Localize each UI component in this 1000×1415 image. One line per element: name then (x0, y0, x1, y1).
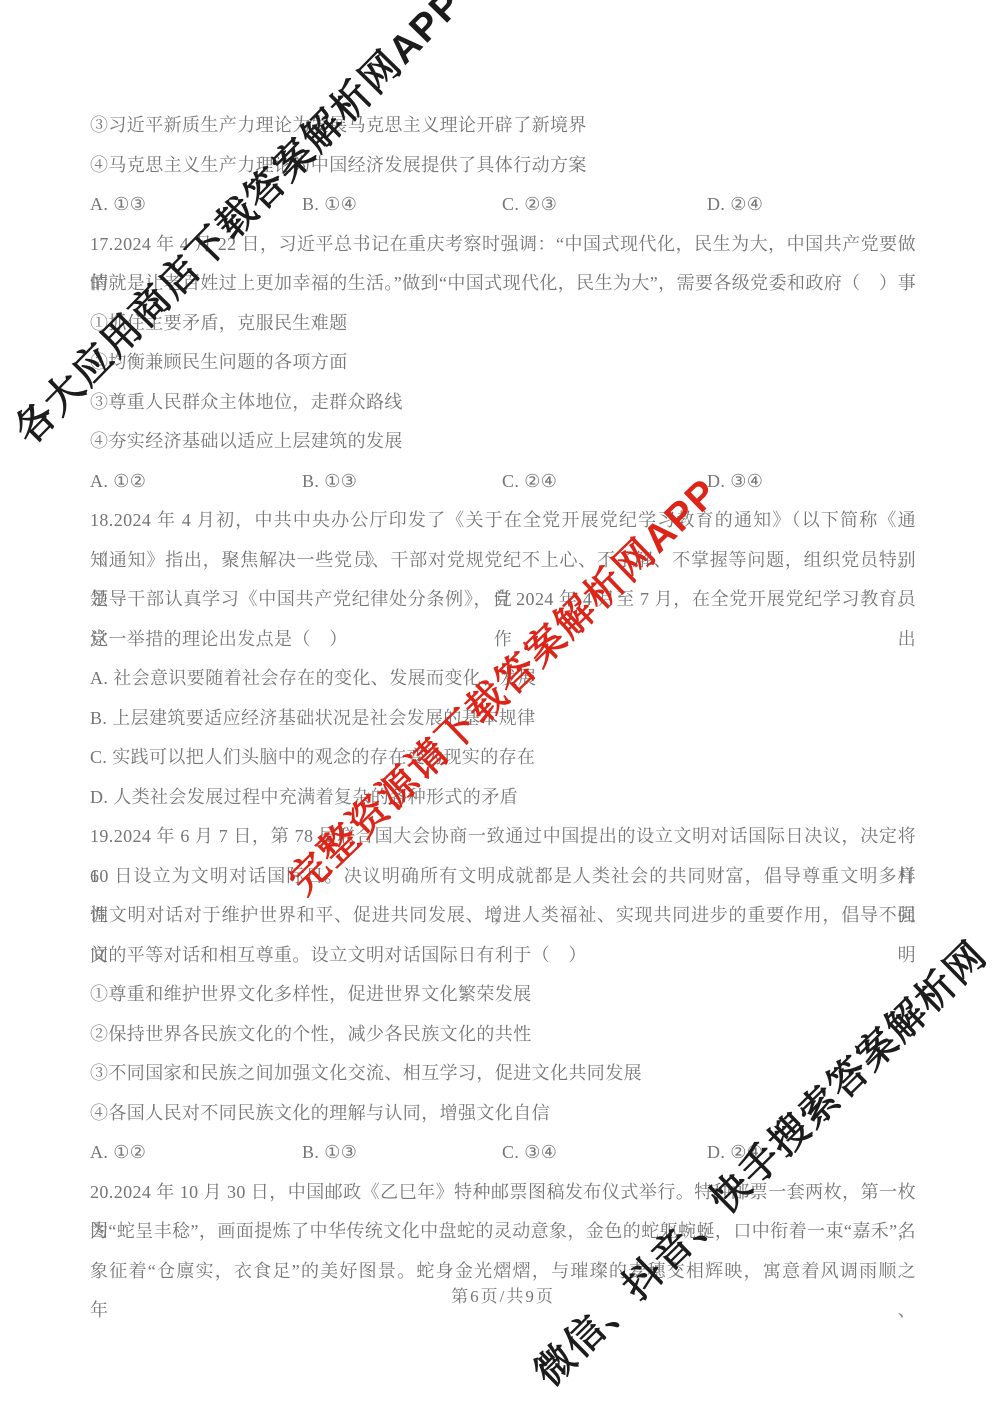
text-line: ④各国人民对不同民族文化的理解与认同，增强文化自信 (90, 1094, 916, 1134)
options-row: A. ①②B. ①③C. ③④D. ②④ (90, 1133, 916, 1173)
option-label: B. ①③ (302, 462, 357, 502)
text-line: 20.2024 年 10 月 30 日，中国邮政《乙巳年》特种邮票图稿发布仪式举… (90, 1173, 916, 1213)
text-line: ④马克思主义生产力理论为中国经济发展提供了具体行动方案 (90, 146, 916, 186)
option-label: C. ②③ (502, 185, 557, 225)
text-line: C. 实践可以把人们头脑中的观念的存在变为现实的存在 (90, 738, 916, 778)
option-label: D. ②④ (707, 1133, 763, 1173)
page-footer: 第6页/共9页 (90, 1282, 916, 1307)
text-line: 调文明对话对于维护世界和平、促进共同发展、增进人类福祉、实现共同进步的重要作用，… (90, 896, 916, 936)
text-line: A. 社会意识要随着社会存在的变化、发展而变化、发展 (90, 659, 916, 699)
option-label: C. ②④ (502, 462, 557, 502)
text-line: 《通知》指出，聚焦解决一些党员、干部对党规党纪不上心、不了解、不掌握等问题，组织… (90, 541, 916, 581)
document-lines: ③习近平新质生产力理论为发展马克思主义理论开辟了新境界④马克思主义生产力理论为中… (90, 106, 916, 1291)
text-line: ③不同国家和民族之间加强文化交流、相互学习，促进文化共同发展 (90, 1054, 916, 1094)
option-label: D. ③④ (707, 462, 763, 502)
option-label: A. ①② (90, 1133, 146, 1173)
option-label: D. ②④ (707, 185, 763, 225)
text-line: 为“蛇呈丰稔”，画面提炼了中华传统文化中盘蛇的灵动意象，金色的蛇躯蜿蜒，口中衔着… (90, 1212, 916, 1252)
text-line: D. 人类社会发展过程中充满着复杂的各种形式的矛盾 (90, 778, 916, 818)
option-label: B. ①③ (302, 1133, 357, 1173)
text-line: ③尊重人民群众主体地位，走群众路线 (90, 383, 916, 423)
text-line: 19.2024 年 6 月 7 日，第 78 届联合国大会协商一致通过中国提出的… (90, 817, 916, 857)
option-label: B. ①④ (302, 185, 357, 225)
text-line: 17.2024 年 4 月 22 日，习近平总书记在重庆考察时强调：“中国式现代… (90, 225, 916, 265)
option-label: C. ③④ (502, 1133, 557, 1173)
text-line: 18.2024 年 4 月初，中共中央办公厅印发了《关于在全党开展党纪学习教育的… (90, 501, 916, 541)
text-line: 10 日设立为文明对话国际日。决议明确所有文明成就都是人类社会的共同财富，倡导尊… (90, 857, 916, 897)
text-line: 情就是让老百姓过上更加幸福的生活。”做到“中国式现代化，民生为大”，需要各级党委… (90, 264, 916, 304)
text-line: B. 上层建筑要适应经济基础状况是社会发展的基本规律 (90, 699, 916, 739)
text-line: 间的平等对话和相互尊重。设立文明对话国际日有利于（ ） (90, 936, 916, 976)
text-line: ①抓住主要矛盾，克服民生难题 (90, 304, 916, 344)
text-line: 这一举措的理论出发点是（ ） (90, 620, 916, 660)
option-label: A. ①③ (90, 185, 146, 225)
text-line: ②保持世界各民族文化的个性，减少各民族文化的共性 (90, 1015, 916, 1055)
options-row: A. ①③B. ①④C. ②③D. ②④ (90, 185, 916, 225)
text-line: ④夯实经济基础以适应上层建筑的发展 (90, 422, 916, 462)
exam-page: ③习近平新质生产力理论为发展马克思主义理论开辟了新境界④马克思主义生产力理论为中… (0, 0, 1000, 1415)
text-line: 领导干部认真学习《中国共产党纪律处分条例》，自 2024 年 4 月至 7 月，… (90, 580, 916, 620)
text-line: ③习近平新质生产力理论为发展马克思主义理论开辟了新境界 (90, 106, 916, 146)
option-label: A. ①② (90, 462, 146, 502)
text-line: ②均衡兼顾民生问题的各项方面 (90, 343, 916, 383)
text-line: ①尊重和维护世界文化多样性，促进世界文化繁荣发展 (90, 975, 916, 1015)
options-row: A. ①②B. ①③C. ②④D. ③④ (90, 462, 916, 502)
